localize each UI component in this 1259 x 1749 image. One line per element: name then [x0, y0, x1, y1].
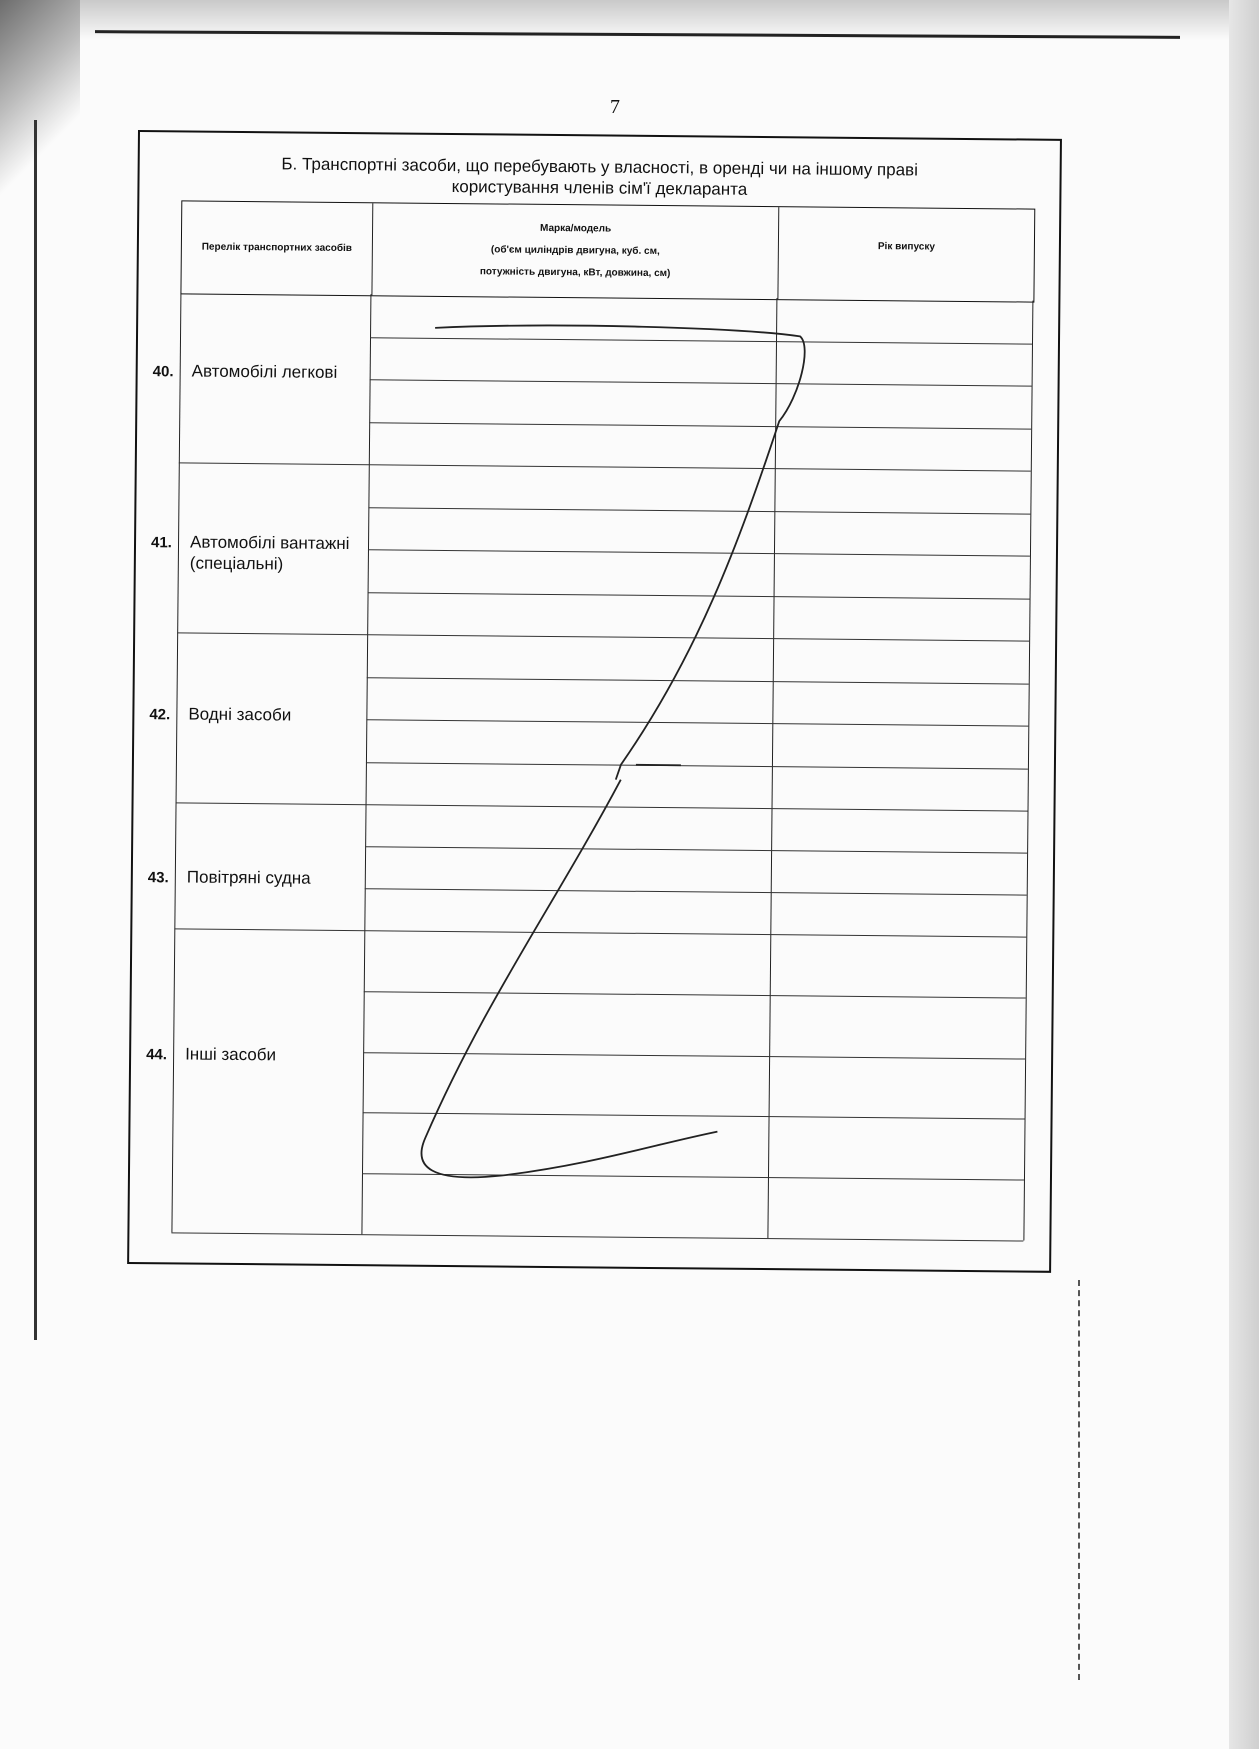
row-number-40: 40. [153, 363, 174, 380]
row-number-41: 41. [151, 534, 172, 551]
scan-right-dash [1078, 1280, 1082, 1680]
handwritten-strikeout-mark [171, 200, 1035, 1242]
row-number-43: 43. [148, 869, 169, 886]
vehicles-table: Перелік транспортних засобів Марка/модел… [171, 200, 1035, 1242]
document-page: 7 Б. Транспортні засоби, що перебувають … [0, 0, 1259, 1749]
declaration-section-frame: Б. Транспортні засоби, що перебувають у … [127, 130, 1062, 1273]
row-number-42: 42. [149, 706, 170, 723]
row-number-44: 44. [146, 1046, 167, 1063]
section-title: Б. Транспортні засоби, що перебувають у … [139, 152, 1059, 203]
scan-fold-corner [0, 0, 80, 200]
scan-edge-line [34, 120, 37, 1340]
scan-shadow-right [1229, 0, 1259, 1749]
page-number: 7 [610, 96, 620, 119]
